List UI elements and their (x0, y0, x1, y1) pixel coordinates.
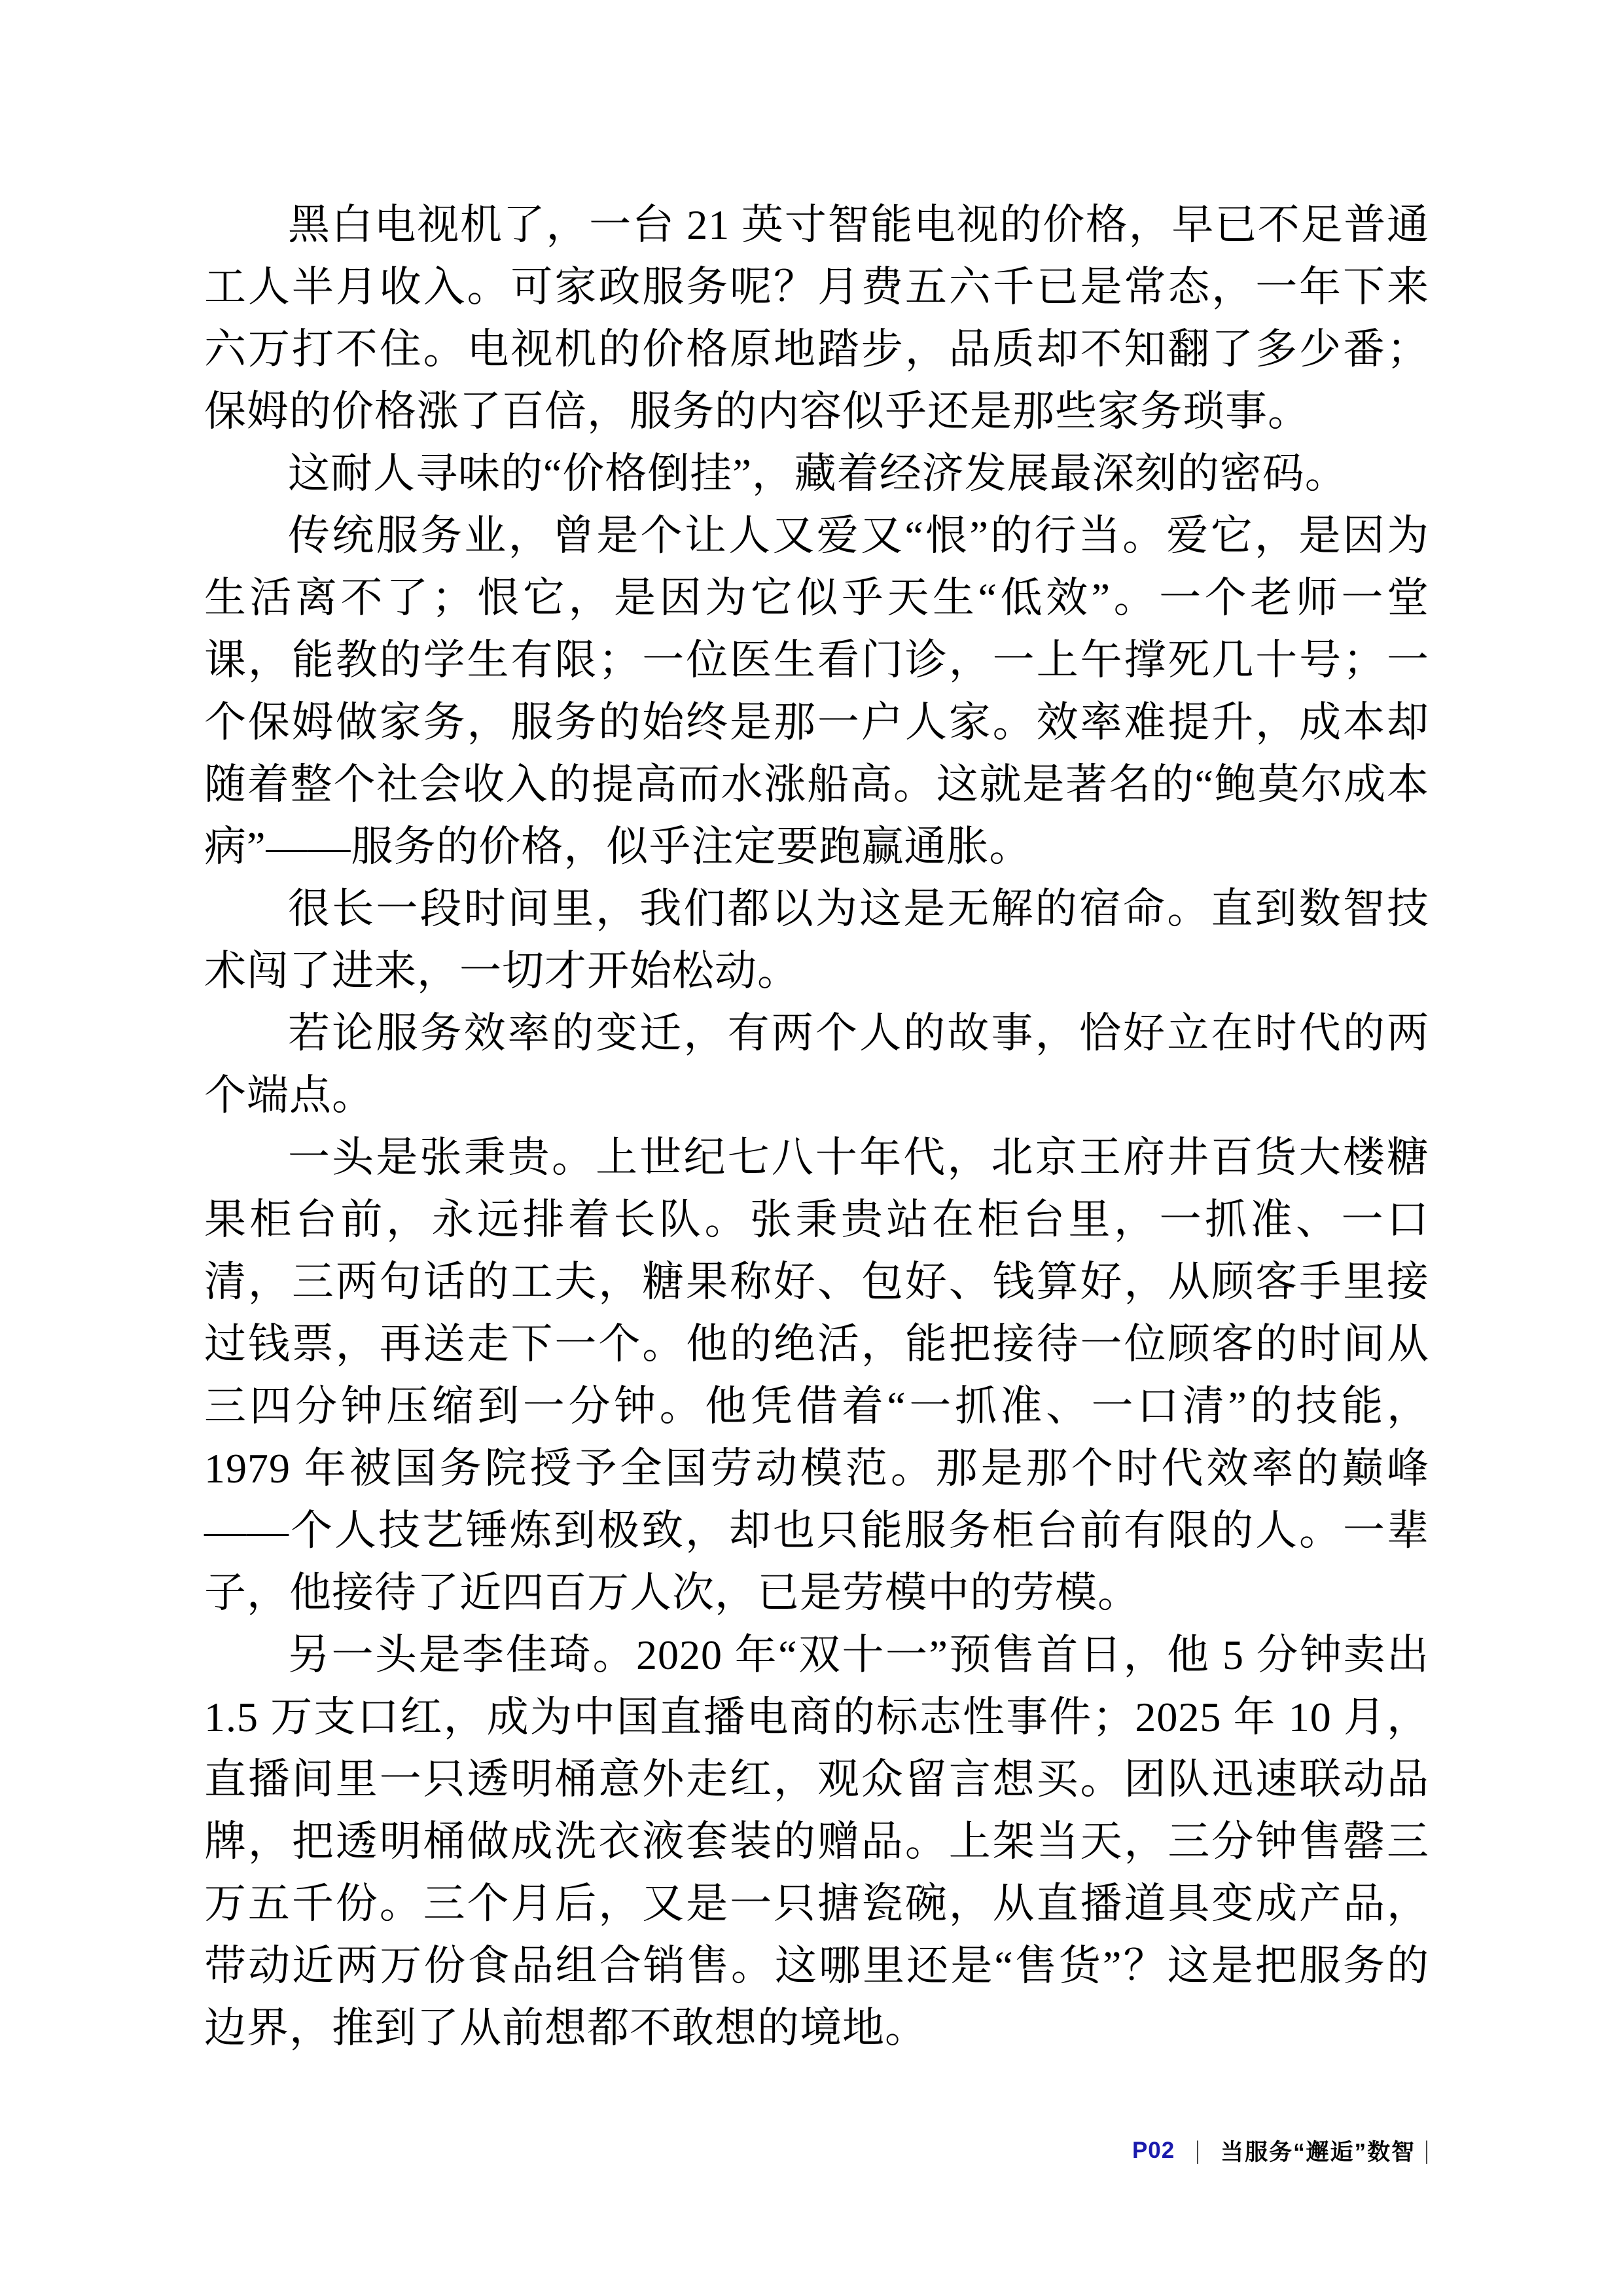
footer-section-title: 当服务“邂逅”数智 (1221, 2134, 1416, 2167)
footer-separator-bar: | (1196, 2137, 1200, 2165)
document-body: 黑白电视机了，一台 21 英寸智能电视的价格，早已不足普通工人半月收入。可家政服… (204, 194, 1429, 2059)
paragraph: 若论服务效率的变迁，有两个人的故事，恰好立在时代的两个端点。 (204, 1002, 1429, 1126)
paragraph: 传统服务业，曾是个让人又爱又“恨”的行当。爱它，是因为生活离不了；恨它，是因为它… (204, 505, 1429, 878)
paragraph: 很长一段时间里，我们都以为这是无解的宿命。直到数智技术闯了进来，一切才开始松动。 (204, 878, 1429, 1002)
paragraph: 另一头是李佳琦。2020 年“双十一”预售首日，他 5 分钟卖出 1.5 万支口… (204, 1624, 1429, 2059)
paragraph: 这耐人寻味的“价格倒挂”，藏着经济发展最深刻的密码。 (204, 442, 1429, 505)
paragraph: 黑白电视机了，一台 21 英寸智能电视的价格，早已不足普通工人半月收入。可家政服… (204, 194, 1429, 442)
document-page: 黑白电视机了，一台 21 英寸智能电视的价格，早已不足普通工人半月收入。可家政服… (0, 0, 1623, 2296)
footer-trailing-bar: | (1425, 2137, 1429, 2165)
page-number: P02 (1132, 2138, 1175, 2164)
page-footer: P02 | 当服务“邂逅”数智 | (1132, 2135, 1430, 2166)
paragraph: 一头是张秉贵。上世纪七八十年代，北京王府井百货大楼糖果柜台前，永远排着长队。张秉… (204, 1126, 1429, 1624)
